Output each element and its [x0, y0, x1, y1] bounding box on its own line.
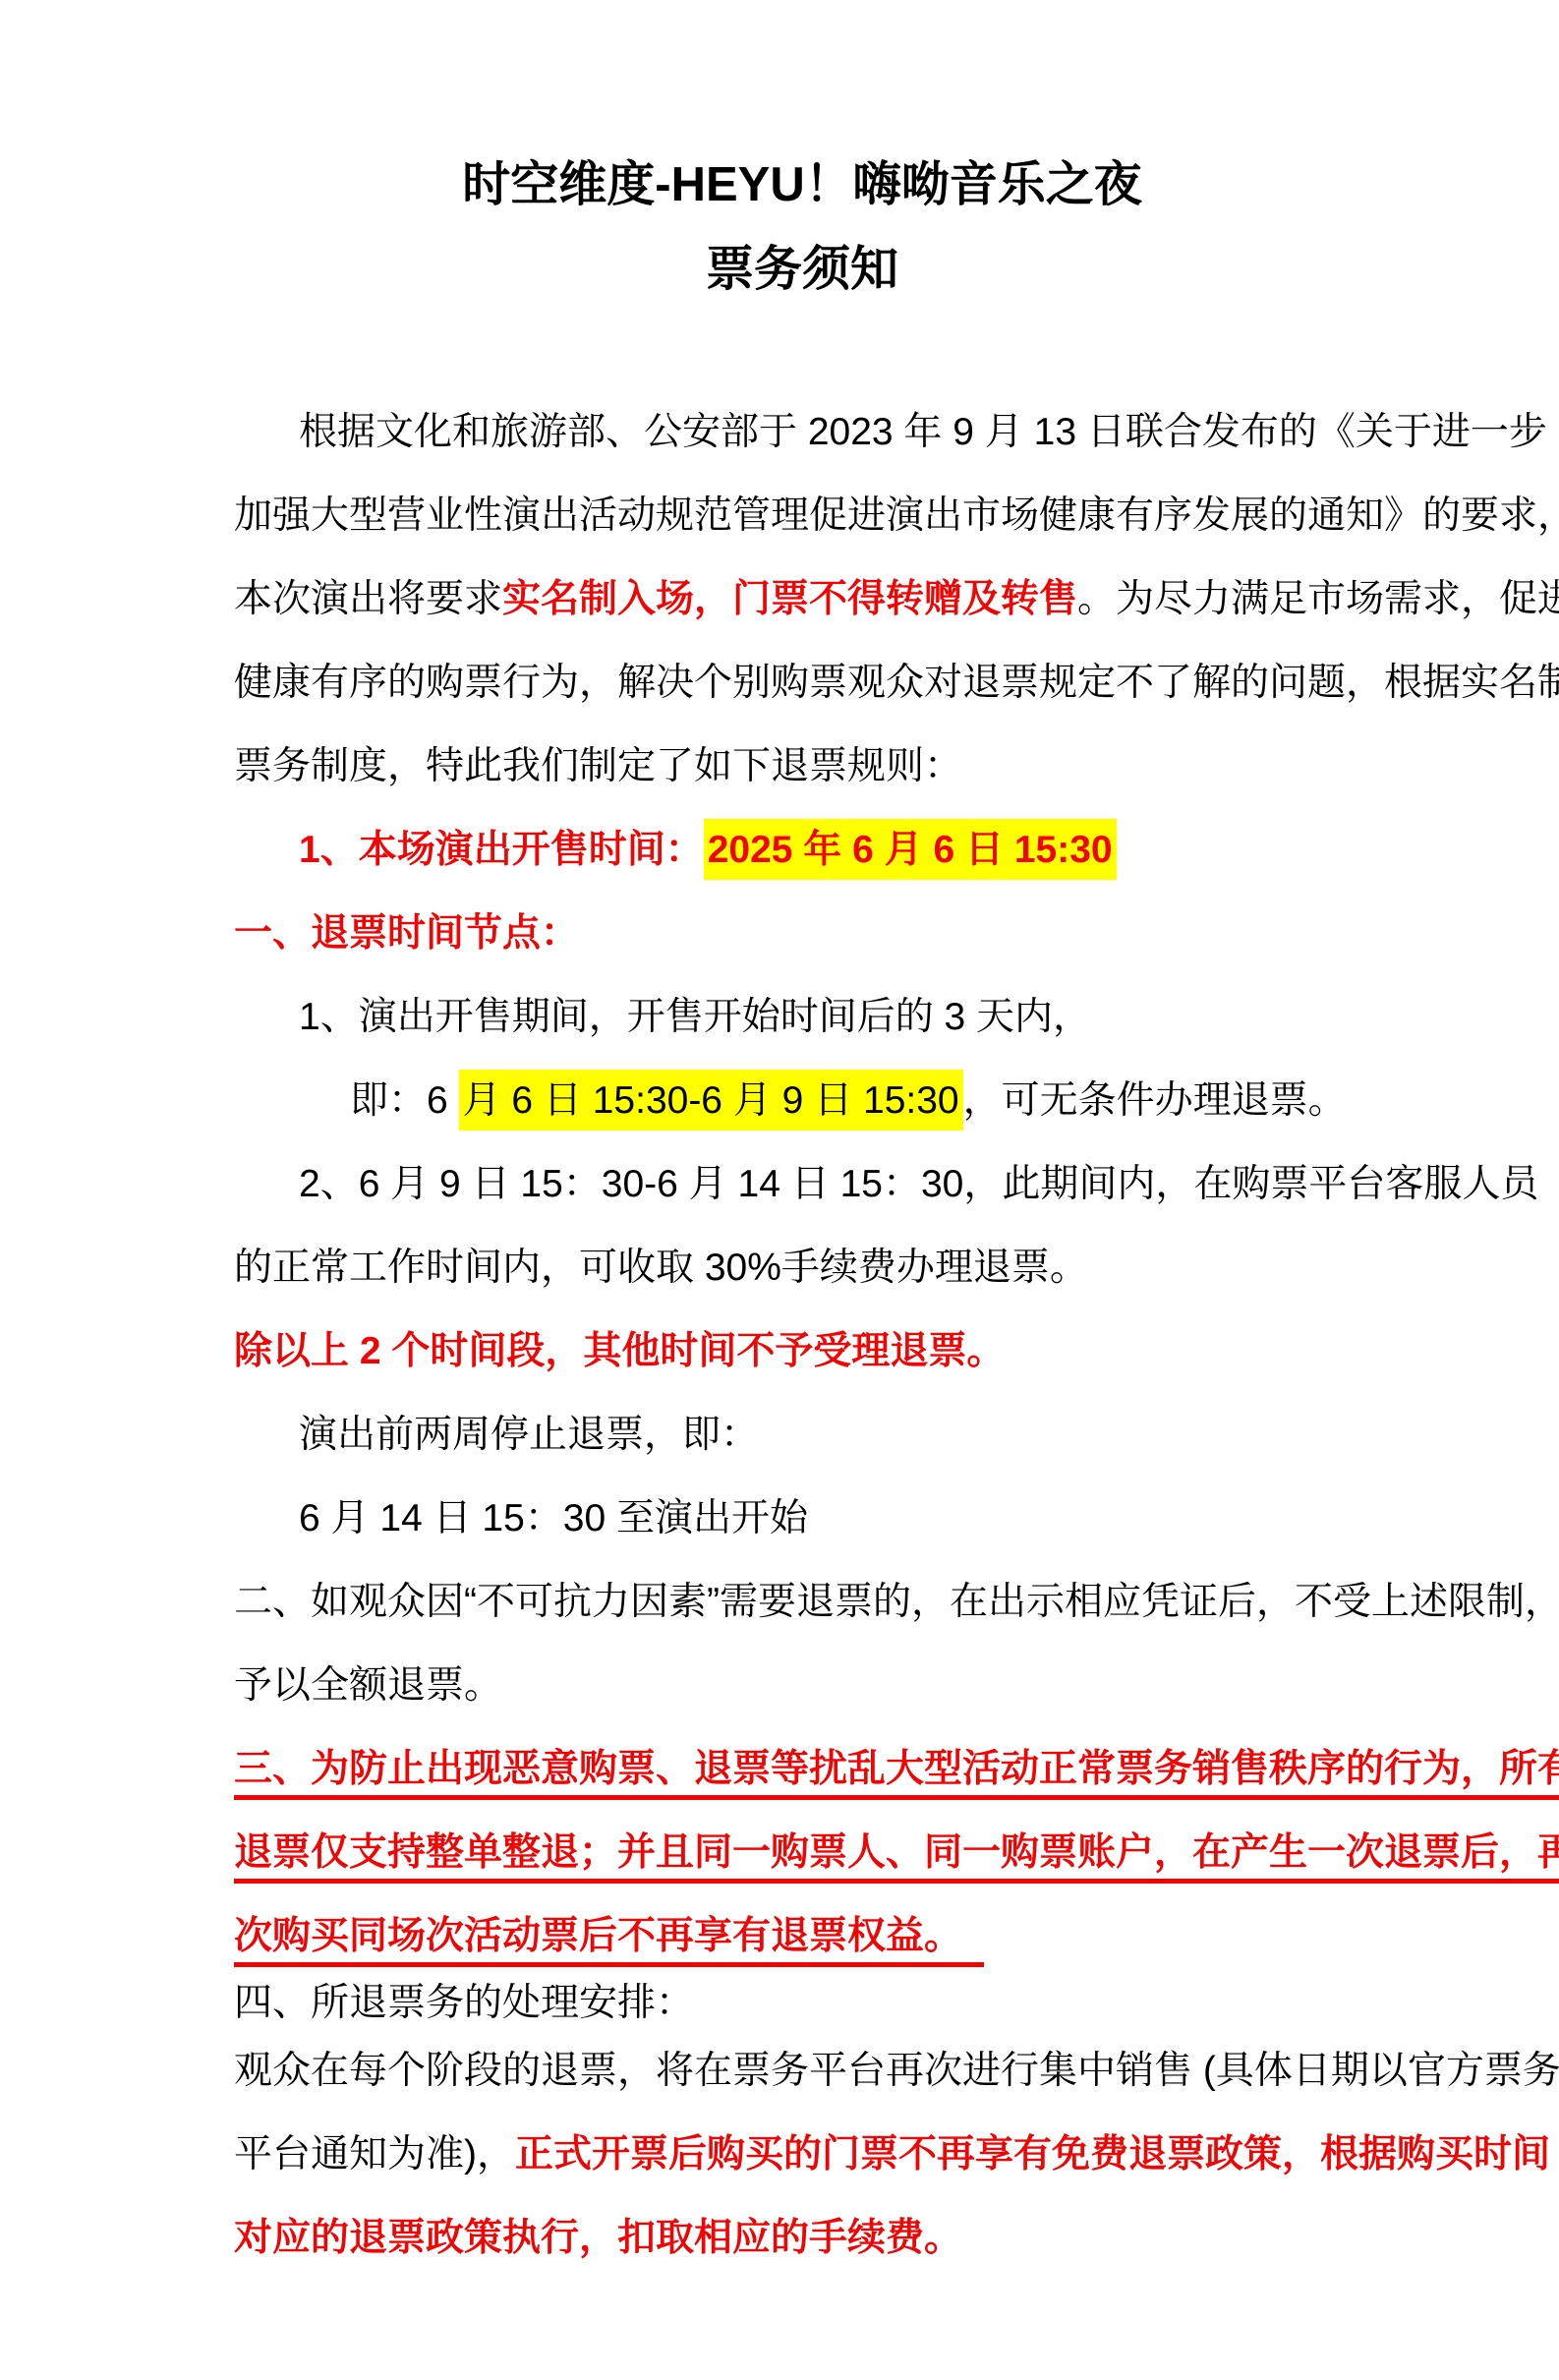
intro-text-5: 票务制度，特此我们制定了如下退票规则：	[234, 745, 962, 787]
intro-line-3: 本次演出将要求实名制入场，门票不得转赠及转售。为尽力满足市场需求，促进	[234, 557, 1370, 641]
section-3-line-1: 三、为防止出现恶意购票、退票等扰乱大型活动正常票务销售秩序的行为，所有	[234, 1727, 1370, 1811]
refund-window-highlight: 月 6 日 15:30-6 月 9 日 15:30	[459, 1070, 963, 1131]
section-4-text-2a: 平台通知为准)，	[234, 2133, 515, 2176]
no-refund-outside-windows-line: 除以上 2 个时间段，其他时间不予受理退票。	[234, 1309, 1370, 1393]
stop-refund-text-1: 演出前两周停止退票，即：	[299, 1414, 759, 1456]
sale-time-line: 1、本场演出开售时间：2025 年 6 月 6 日 15:30	[234, 808, 1370, 892]
section-3-underlined-text-2: 退票仅支持整单整退；并且同一购票人、同一购票账户，在产生一次退票后，再	[234, 1831, 1559, 1884]
intro-line-5: 票务制度，特此我们制定了如下退票规则：	[234, 725, 1370, 808]
intro-line-4: 健康有序的购票行为，解决个别购票观众对退票规定不了解的问题，根据实名制	[234, 641, 1370, 725]
intro-text-3a: 本次演出将要求	[234, 578, 502, 620]
section-3-text-3: 次购买同场次活动票后不再享有退票权益。	[234, 1915, 962, 1957]
section-1-heading-text: 一、退票时间节点：	[234, 912, 579, 955]
refund-rule-2-text-2: 的正常工作时间内，可收取 30%手续费办理退票。	[234, 1247, 1088, 1289]
section-4-text-1: 观众在每个阶段的退票，将在票务平台再次进行集中销售 (具体日期以官方票务	[234, 2050, 1559, 2092]
section-4-heading: 四、所退票务的处理安排：	[234, 1978, 1370, 2029]
real-name-entry-emphasis: 实名制入场，门票不得转赠及转售	[502, 578, 1077, 620]
refund-rule-2-line-2: 的正常工作时间内，可收取 30%手续费办理退票。	[234, 1226, 1370, 1309]
section-2-text-1: 二、如观众因“不可抗力因素”需要退票的，在出示相应凭证后，不受上述限制，	[234, 1581, 1559, 1623]
section-3-underlined-text-3: 次购买同场次活动票后不再享有退票权益。	[234, 1915, 984, 1967]
paid-refund-policy-emphasis-2: 对应的退票政策执行，扣取相应的手续费。	[234, 2217, 962, 2259]
refund-rule-1-line-2: 即：6 月 6 日 15:30-6 月 9 日 15:30，可无条件办理退票。	[234, 1059, 1370, 1142]
trailing-underlined-space	[962, 1915, 984, 1957]
page-title-line-2: 票务须知	[234, 227, 1370, 312]
section-4-heading-text: 四、所退票务的处理安排：	[234, 1982, 694, 2024]
stop-refund-text-2: 6 月 14 日 15：30 至演出开始	[299, 1497, 808, 1539]
intro-line-1: 根据文化和旅游部、公安部于 2023 年 9 月 13 日联合发布的《关于进一步	[234, 390, 1370, 474]
refund-window-lead: 即：6	[350, 1079, 459, 1122]
refund-rule-2-line-1: 2、6 月 9 日 15：30-6 月 14 日 15：30，此期间内，在购票平…	[234, 1142, 1370, 1226]
section-4-line-3: 对应的退票政策执行，扣取相应的手续费。	[234, 2196, 1370, 2280]
section-3-underlined-text-1: 三、为防止出现恶意购票、退票等扰乱大型活动正常票务销售秩序的行为，所有	[234, 1748, 1559, 1800]
refund-rule-2-text-1: 2、6 月 9 日 15：30-6 月 14 日 15：30，此期间内，在购票平…	[299, 1163, 1538, 1205]
document-page: 时空维度-HEYU！嗨呦音乐之夜 票务须知 根据文化和旅游部、公安部于 2023…	[0, 0, 1559, 2380]
section-2-line-2: 予以全额退票。	[234, 1644, 1370, 1727]
section-4-line-1: 观众在每个阶段的退票，将在票务平台再次进行集中销售 (具体日期以官方票务	[234, 2029, 1370, 2113]
intro-line-2: 加强大型营业性演出活动规范管理促进演出市场健康有序发展的通知》的要求，	[234, 474, 1370, 557]
refund-rule-1-text: 1、演出开售期间，开售开始时间后的 3 天内，	[299, 996, 1091, 1038]
intro-text-1: 根据文化和旅游部、公安部于 2023 年 9 月 13 日联合发布的《关于进一步	[299, 411, 1547, 453]
intro-text-4: 健康有序的购票行为，解决个别购票观众对退票规定不了解的问题，根据实名制	[234, 662, 1559, 704]
paid-refund-policy-emphasis-1: 正式开票后购买的门票不再享有免费退票政策，根据购买时间	[515, 2133, 1550, 2176]
title-body-spacer	[234, 312, 1370, 390]
refund-window-tail: ，可无条件办理退票。	[963, 1079, 1347, 1122]
sale-time-highlight: 2025 年 6 月 6 日 15:30	[704, 819, 1117, 880]
refund-rule-1-line-1: 1、演出开售期间，开售开始时间后的 3 天内，	[234, 975, 1370, 1059]
stop-refund-line-2: 6 月 14 日 15：30 至演出开始	[234, 1477, 1370, 1560]
section-2-text-2: 予以全额退票。	[234, 1664, 502, 1707]
intro-text-2: 加强大型营业性演出活动规范管理促进演出市场健康有序发展的通知》的要求，	[234, 494, 1559, 537]
section-3-line-2: 退票仅支持整单整退；并且同一购票人、同一购票账户，在产生一次退票后，再	[234, 1811, 1370, 1894]
stop-refund-line-1: 演出前两周停止退票，即：	[234, 1393, 1370, 1477]
ticket-notice-document: 时空维度-HEYU！嗨呦音乐之夜 票务须知 根据文化和旅游部、公安部于 2023…	[234, 143, 1370, 2280]
intro-text-3c: 。为尽力满足市场需求，促进	[1077, 578, 1559, 620]
section-1-heading: 一、退票时间节点：	[234, 892, 1370, 975]
no-refund-outside-windows-text: 除以上 2 个时间段，其他时间不予受理退票。	[234, 1330, 1005, 1372]
section-3-line-3: 次购买同场次活动票后不再享有退票权益。	[234, 1894, 1370, 1978]
section-4-line-2: 平台通知为准)，正式开票后购买的门票不再享有免费退票政策，根据购买时间	[234, 2113, 1370, 2196]
page-title-line-1: 时空维度-HEYU！嗨呦音乐之夜	[234, 143, 1370, 227]
sale-time-label: 1、本场演出开售时间：	[299, 829, 704, 871]
section-2-line-1: 二、如观众因“不可抗力因素”需要退票的，在出示相应凭证后，不受上述限制，	[234, 1560, 1370, 1644]
